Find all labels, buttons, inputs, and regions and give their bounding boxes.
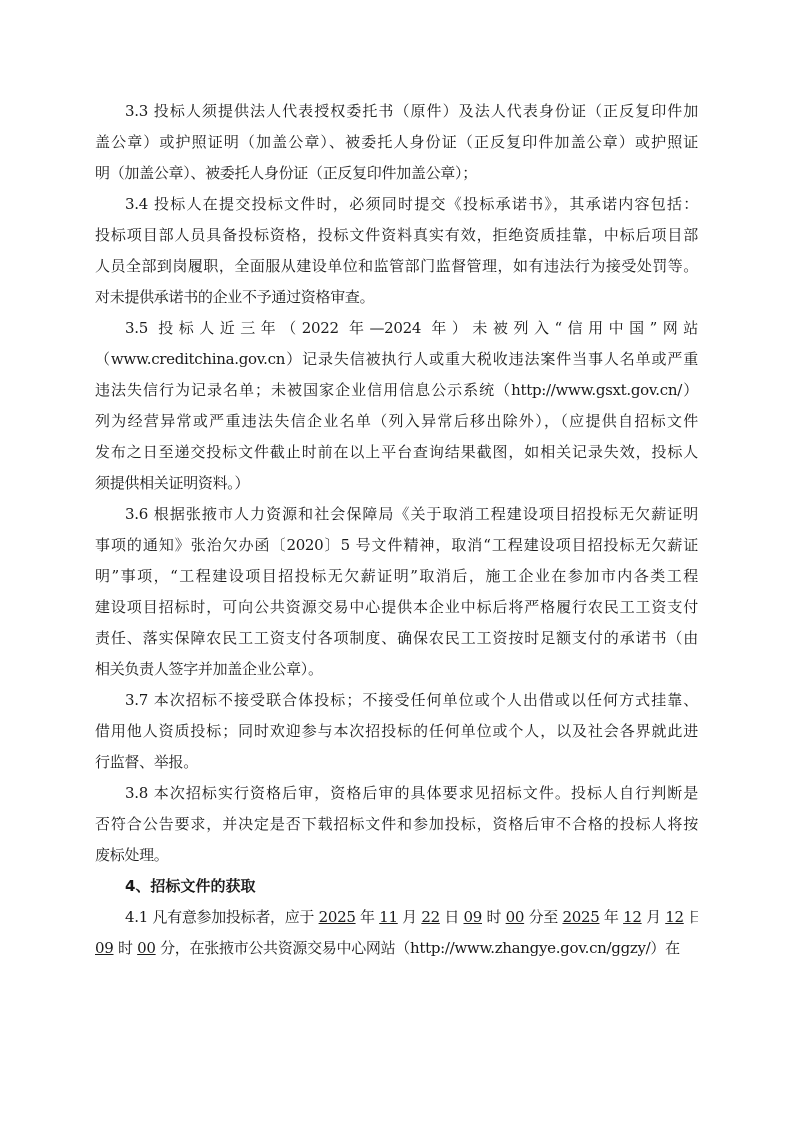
text-line: 3.7 本次招标不接受联合体投标；不接受任何单位或个人出借或以任何方式挂靠、 — [95, 685, 698, 716]
end-year: 2025 — [562, 908, 599, 926]
text-line: 3.3 投标人须提供法人代表授权委托书（原件）及法人代表身份证（正反复印件加 — [95, 96, 698, 127]
text-line: 废标处理。 — [95, 840, 698, 871]
text-line: 明（加盖公章）、被委托人身份证（正反复印件加盖公章）； — [95, 158, 698, 189]
text-line: 发布之日至递交投标文件截止时前在以上平台查询结果截图，如相关记录失效，投标人 — [95, 437, 698, 468]
paragraph-4-1: 4.1 凡有意参加投标者，应于 2025 年 11 月 22 日 09 时 00… — [95, 902, 698, 964]
start-month: 11 — [379, 908, 398, 926]
text-line: 人员全部到岗履职，全面服从建设单位和监管部门监督管理，如有违法行为接受处罚等。 — [95, 251, 698, 282]
paragraph-3-5: 3.5 投标人近三年（2022 年—2024 年）未被列入“信用中国”网站 （w… — [95, 313, 698, 499]
text-segment: 时 — [482, 908, 506, 926]
text-line: 违法失信行为记录名单；未被国家企业信用信息公示系统（http://www.gsx… — [95, 375, 698, 406]
start-hour: 09 — [464, 908, 483, 926]
document-page: 3.3 投标人须提供法人代表授权委托书（原件）及法人代表身份证（正反复印件加 盖… — [95, 96, 698, 964]
text-line: 借用他人资质投标；同时欢迎参与本次招投标的任何单位或个人，以及社会各界就此进 — [95, 716, 698, 747]
text-segment: 月 — [398, 908, 422, 926]
paragraph-3-4: 3.4 投标人在提交投标文件时，必须同时提交《投标承诺书》，其承诺内容包括： 投… — [95, 189, 698, 313]
text-line: 3.5 投标人近三年（2022 年—2024 年）未被列入“信用中国”网站 — [95, 313, 698, 344]
paragraph-3-8: 3.8 本次招标实行资格后审，资格后审的具体要求见招标文件。投标人自行判断是 否… — [95, 778, 698, 871]
end-day: 12 — [665, 908, 684, 926]
start-day: 22 — [421, 908, 440, 926]
text-segment: 月 — [642, 908, 666, 926]
paragraph-3-7: 3.7 本次招标不接受联合体投标；不接受任何单位或个人出借或以任何方式挂靠、 借… — [95, 685, 698, 778]
text-segment: 时 — [114, 939, 138, 957]
text-line: 对未提供承诺书的企业不予通过资格审查。 — [95, 282, 698, 313]
text-line: 责任、落实保障农民工工资支付各项制度、确保农民工工资按时足额支付的承诺书（由 — [95, 623, 698, 654]
end-minute: 00 — [137, 939, 156, 957]
text-segment: 分至 — [524, 908, 562, 926]
text-segment: 日 — [440, 908, 464, 926]
text-segment: 4.1 凡有意参加投标者，应于 — [125, 908, 319, 926]
text-line: 盖公章）或护照证明（加盖公章）、被委托人身份证（正反复印件加盖公章）或护照证 — [95, 127, 698, 158]
text-line: 投标项目部人员具备投标资格，投标文件资料真实有效，拒绝资质挂靠，中标后项目部 — [95, 220, 698, 251]
end-month: 12 — [623, 908, 642, 926]
text-line: 相关负责人签字并加盖企业公章）。 — [95, 654, 698, 685]
text-segment: 日 — [684, 908, 698, 926]
text-line: 事项的通知》张治欠办函〔2020〕5 号文件精神，取消“工程建设项目招投标无欠薪… — [95, 530, 698, 561]
start-year: 2025 — [319, 908, 356, 926]
end-hour: 09 — [95, 939, 114, 957]
text-line: 否符合公告要求，并决定是否下载招标文件和参加投标，资格后审不合格的投标人将按 — [95, 809, 698, 840]
text-line: 列为经营异常或严重违法失信企业名单（列入异常后移出除外），（应提供自招标文件 — [95, 406, 698, 437]
text-line: 3.8 本次招标实行资格后审，资格后审的具体要求见招标文件。投标人自行判断是 — [95, 778, 698, 809]
text-line: 09 时 00 分，在张掖市公共资源交易中心网站（http://www.zhan… — [95, 933, 698, 964]
paragraph-3-6: 3.6 根据张掖市人力资源和社会保障局《关于取消工程建设项目招投标无欠薪证明 事… — [95, 499, 698, 685]
text-segment: 年 — [599, 908, 623, 926]
text-line: （www.creditchina.gov.cn）记录失信被执行人或重大税收违法案… — [95, 344, 698, 375]
text-line: 4.1 凡有意参加投标者，应于 2025 年 11 月 22 日 09 时 00… — [95, 902, 698, 933]
paragraph-3-3: 3.3 投标人须提供法人代表授权委托书（原件）及法人代表身份证（正反复印件加 盖… — [95, 96, 698, 189]
start-minute: 00 — [506, 908, 525, 926]
text-line: 建设项目招标时，可向公共资源交易中心提供本企业中标后将严格履行农民工工资支付 — [95, 592, 698, 623]
text-line: 明”事项，“工程建设项目招投标无欠薪证明”取消后，施工企业在参加市内各类工程 — [95, 561, 698, 592]
text-line: 3.6 根据张掖市人力资源和社会保障局《关于取消工程建设项目招投标无欠薪证明 — [95, 499, 698, 530]
text-line: 3.4 投标人在提交投标文件时，必须同时提交《投标承诺书》，其承诺内容包括： — [95, 189, 698, 220]
text-line: 行监督、举报。 — [95, 747, 698, 778]
text-segment: 年 — [356, 908, 380, 926]
text-segment: 分，在张掖市公共资源交易中心网站（http://www.zhangye.gov.… — [156, 939, 680, 957]
section-heading: 4、招标文件的获取 — [95, 871, 698, 902]
text-line: 须提供相关证明资料。） — [95, 468, 698, 499]
